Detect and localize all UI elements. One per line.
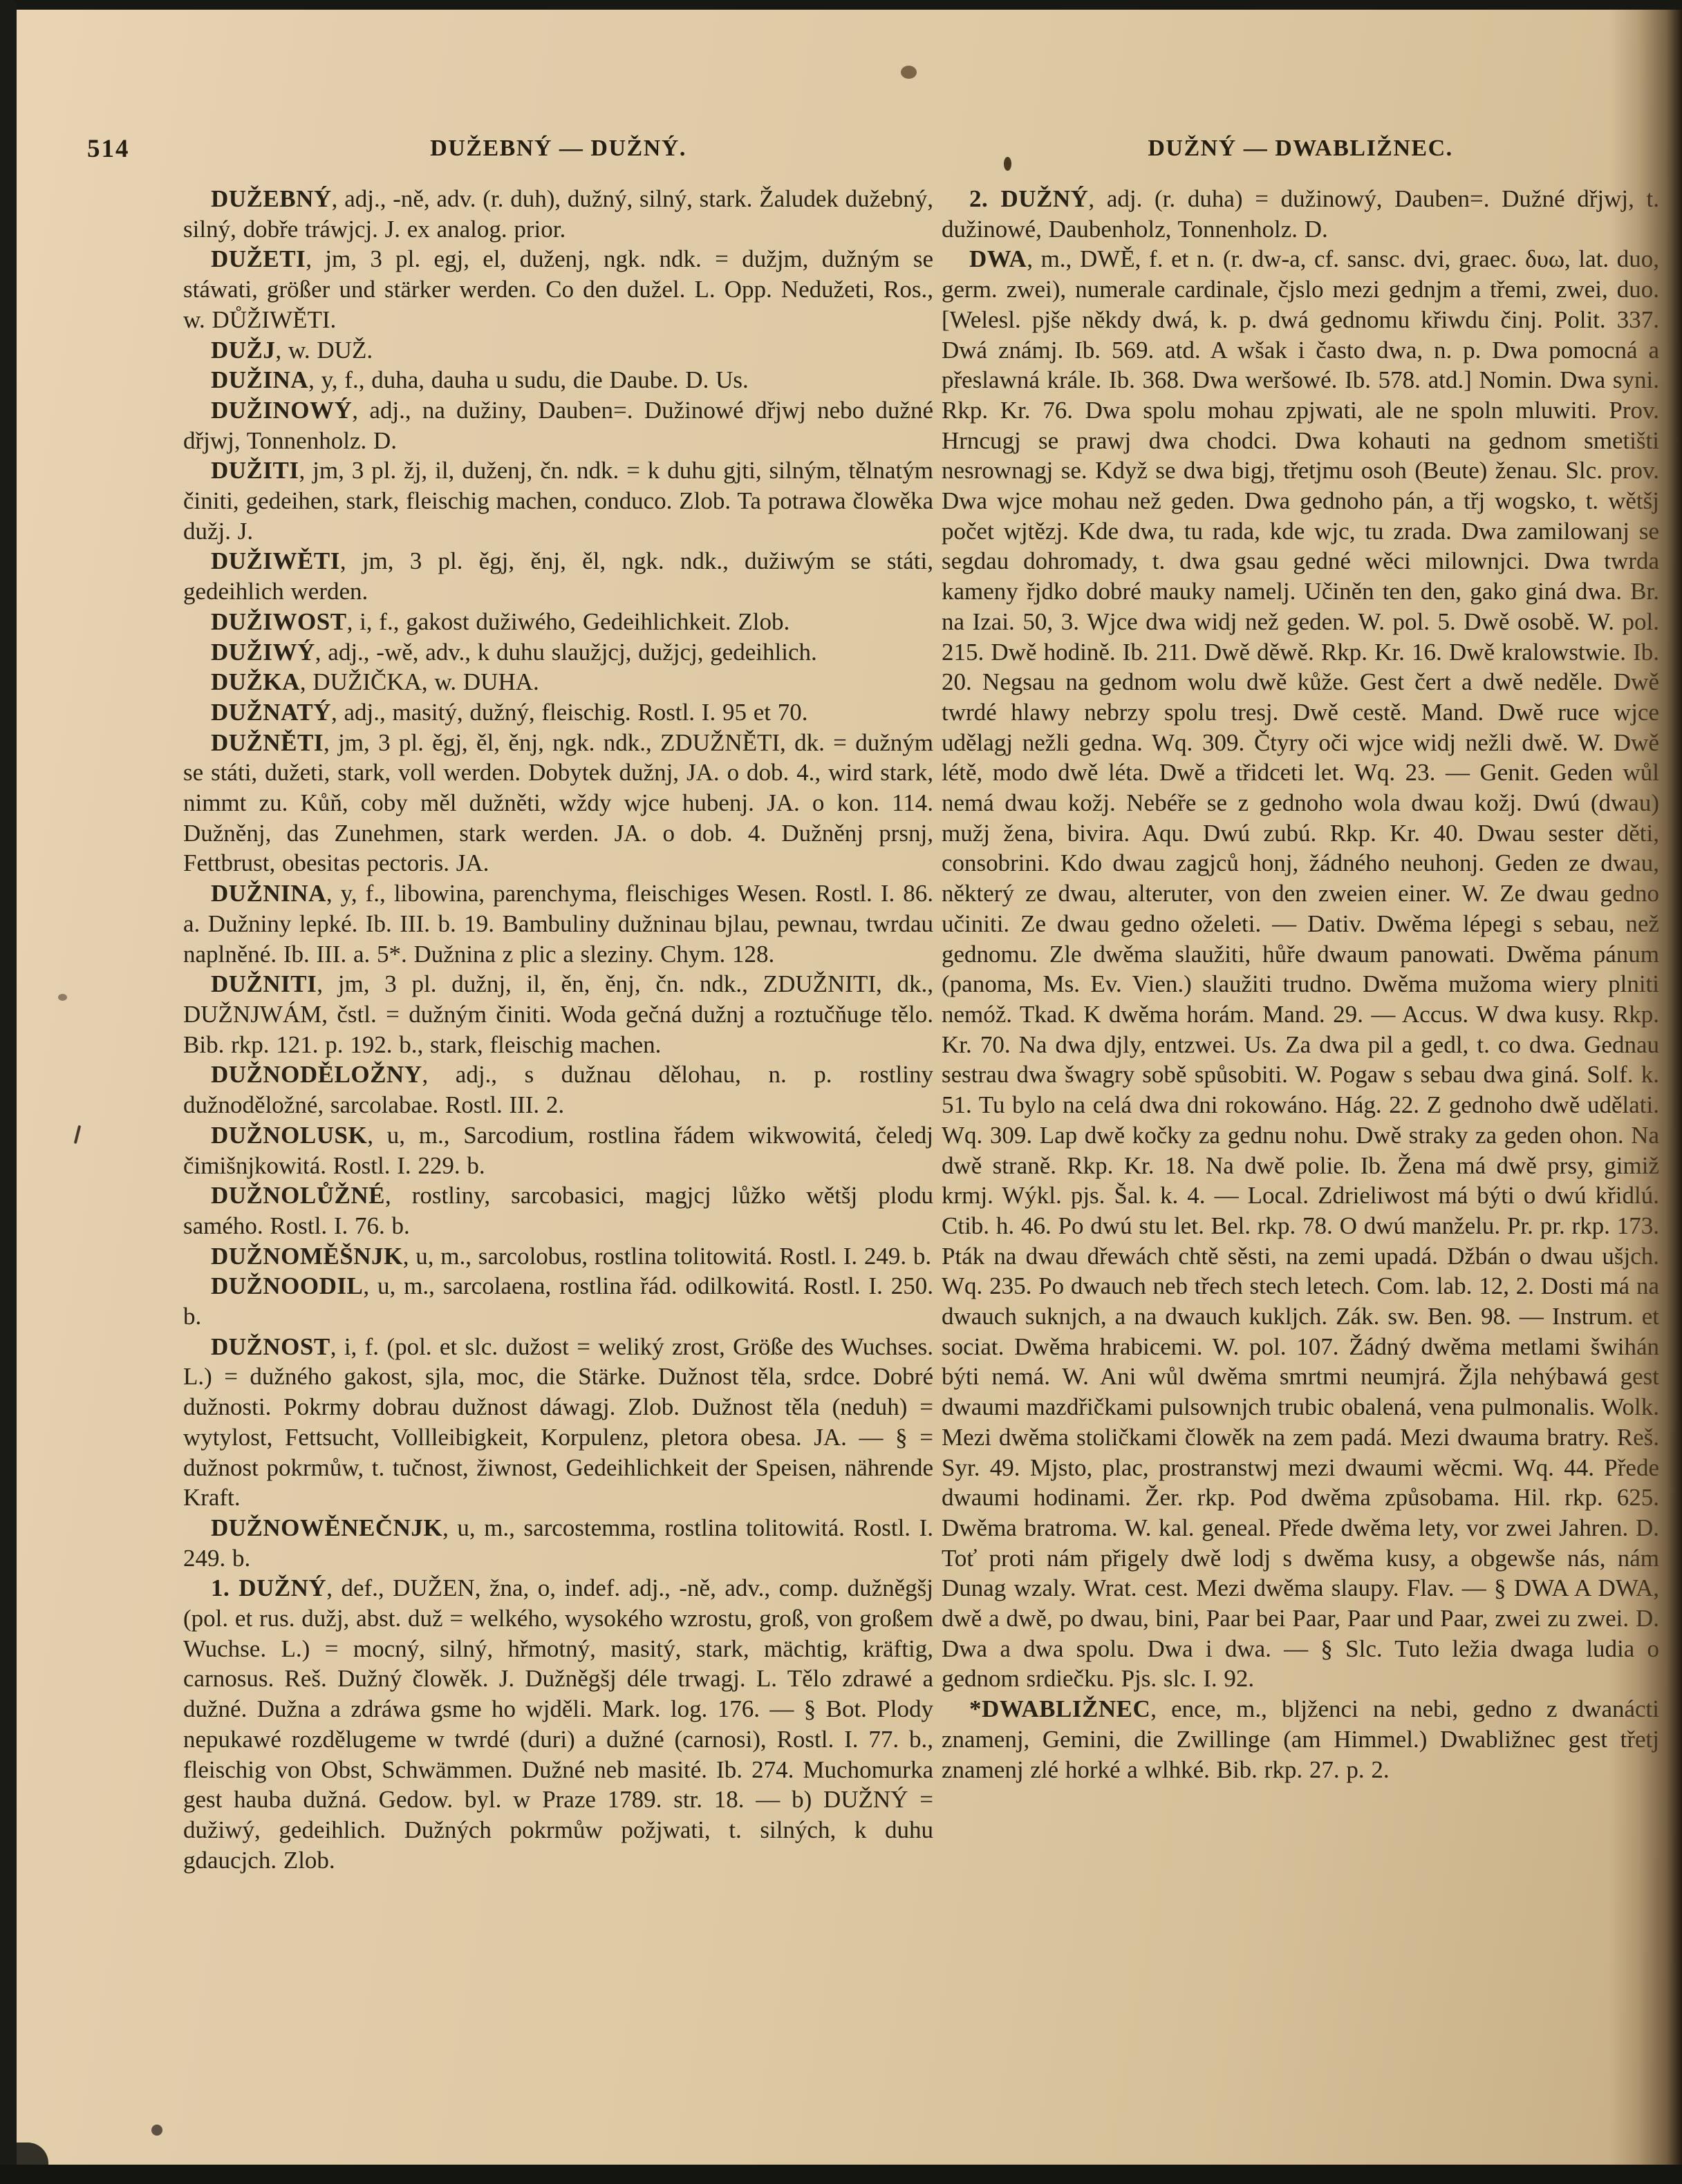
headword: DUŽNOODIL [211,1272,363,1299]
headword: DUŽEBNÝ [211,185,332,212]
dictionary-entry: DUŽNATÝ, adj., masitý, dužný, fleischig.… [183,697,933,728]
headword: DUŽNINA [211,880,326,907]
dictionary-entry: 1. DUŽNÝ, def., DUŽEN, žna, o, indef. ad… [183,1573,933,1875]
dictionary-entry: DUŽIWOST, i, f., gakost dužiwého, Gedeih… [183,607,933,637]
headword: DWA [969,245,1027,272]
dictionary-entry: DUŽEBNÝ, adj., -ně, adv. (r. duh), dužný… [183,184,933,244]
headword: DUŽNOWĚNEČNJK [211,1514,442,1541]
scan-border-left [0,0,17,2184]
headword: DUŽIWÝ [211,639,315,666]
dictionary-entry: DWA, m., DWĚ, f. et n. (r. dw-a, cf. san… [942,244,1659,1694]
page-number: 514 [87,134,130,164]
entry-text: , u, m., sarcolobus, rostlina tolitowitá… [403,1243,931,1270]
scan-border-bottom [0,2165,1682,2184]
dictionary-entry: DUŽNOMĚŠNJK, u, m., sarcolobus, rostlina… [183,1241,933,1272]
headword: DUŽETI [211,245,306,272]
headword: DUŽKA [211,668,300,695]
ink-speck [151,2125,162,2136]
dictionary-entry: DUŽNOLUSK, u, m., Sarcodium, rostlina řá… [183,1120,933,1180]
headword: DUŽNATÝ [211,699,331,726]
scan-border-corner [17,2143,48,2165]
margin-mark [74,1125,81,1144]
dictionary-entry: DUŽIWĚTI, jm, 3 pl. ěgj, ěnj, ěl, ngk. n… [183,546,933,606]
running-head-right: DUŽNÝ — DWABLIŽNEC. [942,135,1659,162]
headword: DUŽINOWÝ [211,397,352,424]
dictionary-entry: DUŽNOST, i, f. (pol. et slc. dužost = we… [183,1332,933,1513]
entry-text: , y, f., duha, dauha u sudu, die Daube. … [308,366,749,393]
headword: 2. DUŽNÝ [969,185,1088,212]
dictionary-entry: DUŽNINA, y, f., libowina, parenchyma, fl… [183,878,933,969]
dictionary-entry: DUŽKA, DUŽIČKA, w. DUHA. [183,667,933,697]
headword: DUŽIWOST [211,608,347,635]
dictionary-entry: DUŽNOODIL, u, m., sarcolaena, rostlina ř… [183,1271,933,1331]
dictionary-entry: DUŽIWÝ, adj., -wě, adv., k duhu slaužjcj… [183,637,933,668]
entry-text: , adj., -wě, adv., k duhu slaužjcj, dužj… [315,639,817,666]
ink-speck [58,994,67,1001]
headword: DUŽNITI [211,970,317,997]
dictionary-entry: DUŽINOWÝ, adj., na dužiny, Dauben=. Duži… [183,395,933,455]
scanned-dictionary-page: 514 DUŽEBNÝ — DUŽNÝ. DUŽNÝ — DWABLIŽNEC.… [0,0,1682,2184]
headword: DUŽNODĚLOŽNY [211,1061,422,1088]
dictionary-entry: DUŽJ, w. DUŽ. [183,335,933,366]
entry-text: , w. DUŽ. [275,337,373,364]
headword: DUŽNOLŮŽNÉ [211,1182,385,1209]
headword: DUŽNĚTI [211,729,324,756]
running-head-left: DUŽEBNÝ — DUŽNÝ. [183,135,933,162]
entry-text: , def., DUŽEN, žna, o, indef. adj., -ně,… [183,1574,933,1873]
ink-speck [1004,157,1011,171]
dictionary-entry: 2. DUŽNÝ, adj. (r. duha) = dužinowý, Dau… [942,184,1659,244]
dictionary-entry: DUŽNOWĚNEČNJK, u, m., sarcostemma, rostl… [183,1513,933,1573]
page-gutter-shadow [1609,0,1682,2184]
entry-text: , DUŽIČKA, w. DUHA. [300,668,539,695]
scan-border-top [0,0,1682,10]
dictionary-entry: DUŽNITI, jm, 3 pl. dužnj, il, ěn, ěnj, č… [183,969,933,1060]
dictionary-entry: DUŽETI, jm, 3 pl. egj, el, duženj, ngk. … [183,244,933,335]
dictionary-entry: DUŽITI, jm, 3 pl. žj, il, duženj, čn. nd… [183,455,933,546]
headword: *DWABLIŽNEC [969,1695,1150,1722]
dictionary-entry: DUŽNOLŮŽNÉ, rostliny, sarcobasici, magjc… [183,1180,933,1241]
headword: 1. DUŽNÝ [211,1574,326,1601]
left-column: DUŽEBNÝ, adj., -ně, adv. (r. duh), dužný… [183,184,933,1875]
entry-text: , m., DWĚ, f. et n. (r. dw-a, cf. sansc.… [942,245,1659,1692]
dictionary-entry: *DWABLIŽNEC, ence, m., bljženci na nebi,… [942,1694,1659,1785]
headword: DUŽJ [211,337,275,364]
ink-speck [901,66,917,79]
entry-text: , i, f., gakost dužiwého, Gedeihlichkeit… [347,608,790,635]
dictionary-entry: DUŽNODĚLOŽNY, adj., s dužnau dělohau, n.… [183,1060,933,1120]
headword: DUŽIWĚTI [211,547,340,574]
right-column: 2. DUŽNÝ, adj. (r. duha) = dužinowý, Dau… [942,184,1659,1785]
headword: DUŽITI [211,457,299,484]
headword: DUŽNOMĚŠNJK [211,1243,403,1270]
dictionary-entry: DUŽINA, y, f., duha, dauha u sudu, die D… [183,365,933,395]
headword: DUŽINA [211,366,308,393]
dictionary-entry: DUŽNĚTI, jm, 3 pl. ěgj, ěl, ěnj, ngk. nd… [183,728,933,879]
headword: DUŽNOST [211,1333,330,1360]
headword: DUŽNOLUSK [211,1122,367,1149]
entry-text: , adj., masitý, dužný, fleischig. Rostl.… [331,699,807,726]
